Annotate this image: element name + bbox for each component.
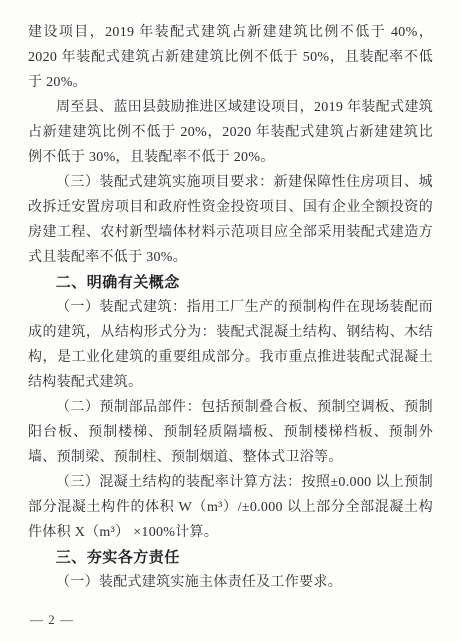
section-heading-3-responsibilities: 三、夯实各方责任 bbox=[28, 545, 433, 570]
document-page: 建设项目，2019 年装配式建筑占新建建筑比例不低于 40%，2020 年装配式… bbox=[0, 0, 460, 642]
paragraph-item3-project-requirements: （三）装配式建筑实施项目要求：新建保障性住房项目、城改拆迁安置房项目和政府性资金… bbox=[28, 170, 433, 270]
page-number: — 2 — bbox=[30, 612, 74, 627]
paragraph-assembly-rate-formula: （三）混凝土结构的装配率计算方法：按照±0.000 以上预制部分混凝土构件的体积… bbox=[28, 470, 433, 545]
paragraph-continuation-ratio-requirements: 建设项目，2019 年装配式建筑占新建建筑比例不低于 40%，2020 年装配式… bbox=[28, 20, 433, 95]
paragraph-zhouzhi-lantian-requirements: 周至县、蓝田县鼓励推进区域建设项目，2019 年装配式建筑占新建建筑比例不低于 … bbox=[28, 95, 433, 170]
paragraph-implementation-responsibility: （一）装配式建筑实施主体责任及工作要求。 bbox=[28, 570, 433, 595]
paragraph-definition-prefab-building: （一）装配式建筑：指用工厂生产的预制构件在现场装配而成的建筑，从结构形式分为：装… bbox=[28, 295, 433, 395]
section-heading-2-concepts: 二、明确有关概念 bbox=[28, 270, 433, 295]
paragraph-prefab-components-list: （二）预制部品部件：包括预制叠合板、预制空调板、预制阳台板、预制楼梯、预制轻质隔… bbox=[28, 395, 433, 470]
document-body: 建设项目，2019 年装配式建筑占新建建筑比例不低于 40%，2020 年装配式… bbox=[0, 0, 460, 595]
